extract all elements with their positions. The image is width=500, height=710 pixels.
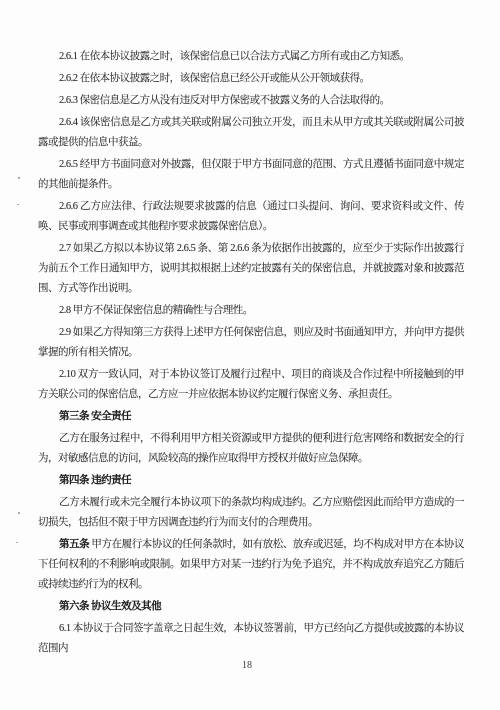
- clause-2-10: 2.10 双方一致认同，对于本协议签订及履行过程中、项目的商谈及合作过程中所接触…: [38, 365, 464, 405]
- clause-article-5: 第五条 甲方在履行本协议的任何条款时，如有放松、放弃或迟延，均不构成对甲方在本协…: [38, 535, 464, 595]
- scanned-contract-page: 2.6.1 在依本协议披露之时，该保密信息已以合法方式属乙方所有或由乙方知悉。 …: [0, 0, 500, 710]
- clause-article-4-body: 乙方未履行或未完全履行本协议项下的条款均构成违约。乙方应赔偿因此而给甲方造成的一…: [38, 493, 464, 533]
- contract-body: 2.6.1 在依本协议披露之时，该保密信息已以合法方式属乙方所有或由乙方知悉。 …: [38, 47, 464, 661]
- clause-2-6-3: 2.6.3 保密信息是乙方从没有违反对甲方保密或不披露义务的人合法取得的。: [38, 91, 464, 111]
- clause-6-1: 6.1 本协议于合同签字盖章之日起生效，本协议签署前，甲方已经向乙方提供或披露的…: [38, 619, 464, 659]
- clause-2-6-6: 2.6.6 乙方应法律、行政法规要求披露的信息（通过口头提问、询问、要求资料或文…: [38, 197, 464, 237]
- scan-speck: [18, 177, 20, 179]
- page-number: 18: [0, 660, 494, 671]
- section-heading-article-3: 第三条 安全责任: [38, 407, 464, 427]
- article-5-number: 第五条: [59, 539, 89, 550]
- clause-2-6-4: 2.6.4 该保密信息是乙方或其关联或附属公司独立开发，而且未从甲方或其关联或附…: [38, 113, 464, 153]
- clause-2-6-2: 2.6.2 在依本协议披露之时，该保密信息已经公开或能从公开领域获得。: [38, 69, 464, 89]
- clause-2-7: 2.7 如果乙方拟以本协议第 2.6.5 条、第 2.6.6 条为依据作出披露的…: [38, 239, 464, 299]
- clause-2-6-1: 2.6.1 在依本协议披露之时，该保密信息已以合法方式属乙方所有或由乙方知悉。: [38, 47, 464, 67]
- clause-2-8: 2.8 甲方不保证保密信息的精确性与合理性。: [38, 301, 464, 321]
- section-heading-article-4: 第四条 违约责任: [38, 471, 464, 491]
- section-heading-article-6: 第六条 协议生效及其他: [38, 597, 464, 617]
- clause-2-6-5: 2.6.5 经甲方书面同意对外披露，但仅限于甲方书面同意的范围、方式且遵循书面同…: [38, 155, 464, 195]
- scan-speck: [17, 204, 19, 205]
- clause-2-9: 2.9 如果乙方得知第三方获得上述甲方任何保密信息，则应及时书面通知甲方，并向甲…: [38, 323, 464, 363]
- clause-article-3-body: 乙方在服务过程中，不得利用甲方相关资源或甲方提供的便利进行危害网络和数据安全的行…: [38, 429, 464, 469]
- article-5-text: 甲方在履行本协议的任何条款时，如有放松、放弃或迟延，均不构成对甲方在本协议下任何…: [38, 539, 464, 590]
- scan-speck: [16, 542, 18, 543]
- scan-speck: [18, 512, 20, 514]
